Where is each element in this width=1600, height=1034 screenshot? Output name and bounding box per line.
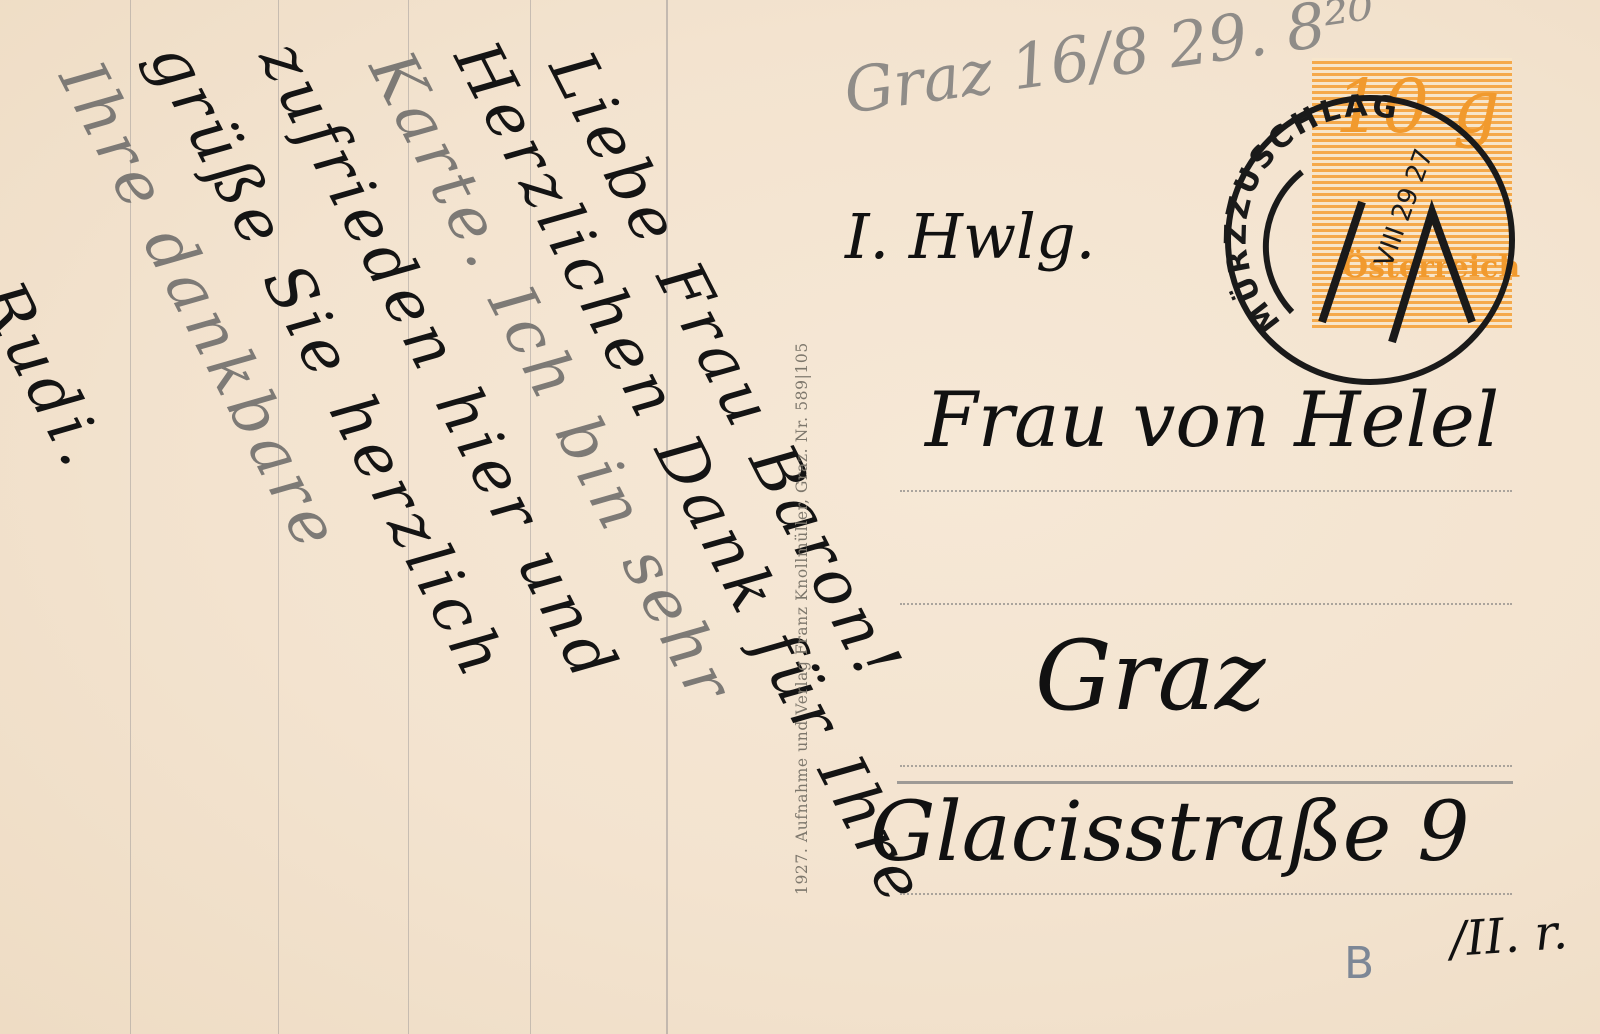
postmark-town: MÜRZZUSCHLAG (1222, 92, 1403, 339)
address-recipient: Frau von Helel (925, 375, 1499, 464)
publisher-imprint: 1927. Aufnahme und Verlag Franz Knollmül… (793, 342, 811, 895)
address-floor-note: /II. r. (1448, 904, 1569, 968)
address-line (900, 490, 1512, 492)
message-line: Rudi. (0, 270, 121, 483)
postcard-back: Liebe Frau Baron! Herzlichen Dank für Ih… (0, 0, 1600, 1034)
address-underline (897, 781, 1513, 784)
center-divider (666, 0, 668, 1034)
address-street: Glacisstraße 9 (870, 785, 1470, 880)
address-salutation: I. Hwlg. (845, 200, 1095, 273)
address-line (900, 765, 1512, 767)
address-city: Graz (1035, 620, 1265, 732)
address-line (900, 893, 1512, 895)
svg-text:MÜRZZUSCHLAG: MÜRZZUSCHLAG (1222, 92, 1403, 339)
pencil-corner-mark: B (1344, 938, 1374, 989)
postmark-cancel: MÜRZZUSCHLAG VIII 29 27 (1222, 92, 1518, 388)
address-line (900, 603, 1512, 605)
